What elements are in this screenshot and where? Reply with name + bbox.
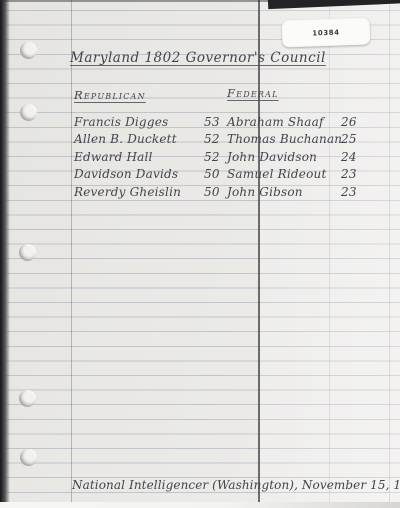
- table-row: Francis Digges 53 Abraham Shaaf 26: [0, 114, 400, 131]
- center-crease-line: [258, 0, 260, 508]
- party-header-federal: Federal: [227, 86, 279, 100]
- federalist-name: Abraham Shaaf: [227, 114, 324, 131]
- republican-name: Reverdy Gheislin: [74, 184, 181, 201]
- document-title: Maryland 1802 Governor's Council: [70, 50, 326, 66]
- results-table: Francis Digges 53 Abraham Shaaf 26 Allen…: [0, 114, 400, 201]
- fold-line-left: [329, 0, 330, 508]
- federalist-name: Samuel Rideout: [227, 166, 326, 183]
- federalist-name: John Gibson: [227, 184, 303, 201]
- fold-line-right: [389, 0, 390, 508]
- federalist-votes: 23: [341, 184, 357, 201]
- hole-punch-5: [20, 449, 37, 466]
- party-header-republican: Republican: [74, 88, 146, 102]
- table-row: Edward Hall 52 John Davidson 24: [0, 149, 400, 166]
- right-page-lightening: [260, 0, 400, 508]
- federalist-votes: 25: [341, 131, 357, 148]
- republican-votes: 50: [204, 166, 220, 183]
- scanned-page: 10384 Maryland 1802 Governor's Council R…: [0, 0, 400, 508]
- republican-votes: 53: [204, 114, 220, 131]
- scan-left-edge: [0, 0, 10, 508]
- federalist-name: Thomas Buchanan: [227, 131, 342, 148]
- republican-name: Allen B. Duckett: [74, 131, 177, 148]
- left-margin-line: [71, 0, 72, 508]
- republican-name: Francis Digges: [74, 114, 168, 131]
- federalist-votes: 24: [341, 149, 357, 166]
- source-citation: National Intelligencer (Washington), Nov…: [72, 478, 400, 492]
- federalist-votes: 23: [341, 166, 357, 183]
- hole-punch-1: [20, 42, 37, 59]
- republican-votes: 52: [204, 149, 220, 166]
- catalog-label: 10384: [282, 17, 371, 47]
- republican-name: Edward Hall: [74, 149, 153, 166]
- federalist-name: John Davidson: [227, 149, 317, 166]
- republican-votes: 50: [204, 184, 220, 201]
- republican-name: Davidson Davids: [74, 166, 178, 183]
- catalog-number: 10384: [312, 28, 340, 37]
- scan-bottom-edge: [0, 502, 400, 508]
- table-row: Reverdy Gheislin 50 John Gibson 23: [0, 184, 400, 201]
- hole-punch-3: [19, 244, 36, 261]
- republican-votes: 52: [204, 131, 220, 148]
- federalist-votes: 26: [341, 114, 357, 131]
- table-row: Allen B. Duckett 52 Thomas Buchanan 25: [0, 131, 400, 148]
- table-row: Davidson Davids 50 Samuel Rideout 23: [0, 166, 400, 183]
- hole-punch-4: [19, 390, 36, 407]
